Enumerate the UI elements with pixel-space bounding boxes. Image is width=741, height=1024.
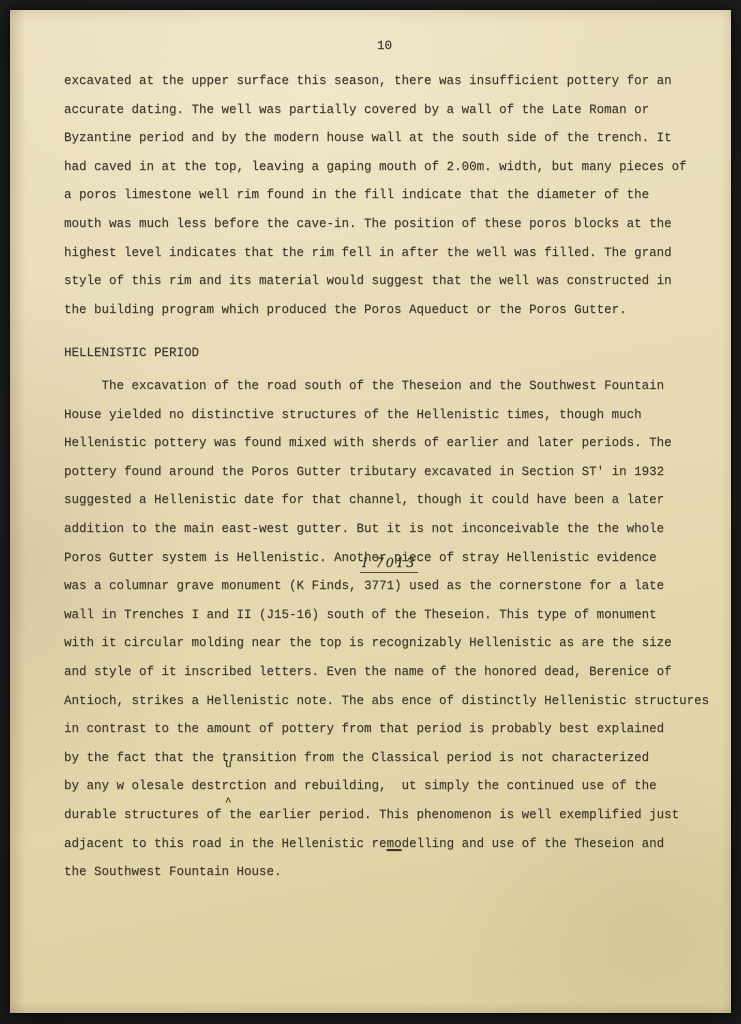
text-line: had caved in at the top, leaving a gapin… <box>64 153 715 182</box>
text-segment: delling and use of the Theseion and <box>402 837 665 851</box>
text-segment: by any w olesale destr <box>64 779 229 793</box>
text-line: the Southwest Fountain House. <box>64 858 715 887</box>
text-segment: 3771) used as the cornerstone for a late <box>364 579 664 593</box>
text-line: suggested a Hellenistic date for that ch… <box>64 486 715 515</box>
underlined-text-segment: mo <box>387 837 402 851</box>
text-line: accurate dating. The well was partially … <box>64 96 715 125</box>
text-line: a poros limestone well rim found in the … <box>64 181 715 210</box>
text-line: by the fact that the transition from the… <box>64 744 715 773</box>
text-line: mouth was much less before the cave-in. … <box>64 210 715 239</box>
text-line: in contrast to the amount of pottery fro… <box>64 715 715 744</box>
section-heading: HELLENISTIC PERIOD <box>64 339 199 368</box>
text-segment: adjacent to this road in the Hellenistic… <box>64 837 387 851</box>
handwritten-catalog-number: I 7013 <box>360 557 418 573</box>
text-line: highest level indicates that the rim fel… <box>64 239 715 268</box>
page-number: 10 <box>377 39 392 53</box>
text-line: excavated at the upper surface this seas… <box>64 67 715 96</box>
inserted-letter-annotation: u <box>225 760 232 771</box>
text-line: style of this rim and its material would… <box>64 267 715 296</box>
text-line: wall in Trenches I and II (J15-16) south… <box>64 601 715 630</box>
text-line-with-annotation: was a columnar grave monument (K Finds, … <box>64 572 715 601</box>
text-line: Antioch, strikes a Hellenistic note. The… <box>64 687 715 716</box>
paragraph-late-roman-well: excavated at the upper surface this seas… <box>64 67 715 324</box>
text-line: The excavation of the road south of the … <box>64 372 715 401</box>
text-line: House yielded no distinctive structures … <box>64 401 715 430</box>
text-line-with-annotation: by any w olesale destru^ction and rebuil… <box>64 772 715 801</box>
text-line: durable structures of the earlier period… <box>64 801 715 830</box>
scan-background: { "page_number": "10", "section_heading"… <box>0 0 741 1024</box>
text-line: pottery found around the Poros Gutter tr… <box>64 458 715 487</box>
paragraph-hellenistic-period: The excavation of the road south of the … <box>64 372 715 887</box>
text-line-with-underline: adjacent to this road in the Hellenistic… <box>64 830 715 859</box>
annotated-segment: I 70133771) used as the cornerstone for … <box>364 572 664 601</box>
text-segment: ction and rebuilding, ut simply the cont… <box>229 779 657 793</box>
annotated-segment: u^ction and rebuilding, ut simply the co… <box>229 772 657 801</box>
text-line: and style of it inscribed letters. Even … <box>64 658 715 687</box>
text-line: with it circular molding near the top is… <box>64 629 715 658</box>
caret-insertion-mark: ^ <box>225 798 232 809</box>
text-line: Hellenistic pottery was found mixed with… <box>64 429 715 458</box>
text-segment: was a columnar grave monument (K Finds, <box>64 579 364 593</box>
text-line: Byzantine period and by the modern house… <box>64 124 715 153</box>
text-line: addition to the main east-west gutter. B… <box>64 515 715 544</box>
document-page: 10 excavated at the upper surface this s… <box>10 10 731 1013</box>
text-line: the building program which produced the … <box>64 296 715 325</box>
